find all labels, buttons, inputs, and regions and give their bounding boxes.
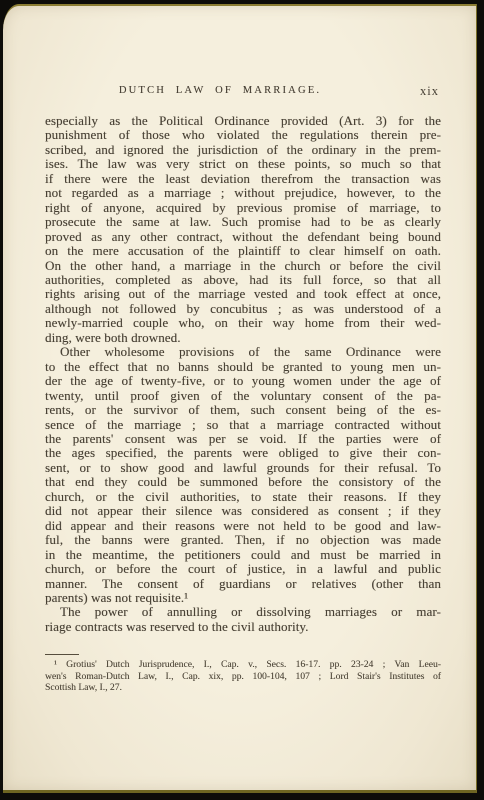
text-line: punishment of those who violated the reg… [45,128,441,142]
text-line: although not followed by concubitus ; as… [45,302,441,316]
text-line: rents, or the survivor of them, such con… [45,403,441,417]
text-line: church, or the civil authorities, to sta… [45,490,441,504]
text-line: Other wholesome provisions of the same O… [45,345,441,359]
text-line: did not appear their silence was conside… [45,504,441,518]
scan-frame: DUTCH LAW OF MARRIAGE. xix especially as… [0,0,484,800]
text-line: sent, or to show good and lawful grounds… [45,461,441,475]
text-line: church, or before the court of justice, … [45,562,441,576]
text-line: manner. The consent of guardians or rela… [45,577,441,591]
text-line: sence of the marriage ; so that a marria… [45,418,441,432]
book-page: DUTCH LAW OF MARRIAGE. xix especially as… [3,4,477,793]
text-line: newly-married couple who, on their way h… [45,316,441,330]
text-line: not regarded as a marriage ; without pre… [45,186,441,200]
footnote-separator [45,654,79,655]
text-line: ¹ Grotius' Dutch Jurisprudence, I., Cap.… [45,659,441,671]
text-line: Scottish Law, I., 27. [45,682,441,694]
text-line: twenty, until proof given of the volunta… [45,389,441,403]
text-line: right of anyone, acquired by previous pr… [45,201,441,215]
running-header-title: DUTCH LAW OF MARRIAGE. [45,85,395,96]
paragraph: especially as the Political Ordinance pr… [45,114,441,345]
footnote: ¹ Grotius' Dutch Jurisprudence, I., Cap.… [45,659,441,694]
text-line: wen's Roman-Dutch Law, I., Cap. xix, pp.… [45,671,441,683]
text-line: the ages specified, the parents were obl… [45,446,441,460]
text-line: ises. The law was very strict on these p… [45,157,441,171]
text-line: rights arising out of the marriage veste… [45,287,441,301]
text-line: prosecute the same at law. Such promise … [45,215,441,229]
text-line: to the effect that no banns should be gr… [45,360,441,374]
text-line: ding, were both drowned. [45,331,441,345]
text-line: ful, the banns were granted. Then, if no… [45,533,441,547]
text-line: scribed, and ignored the jurisdiction of… [45,143,441,157]
body-text: especially as the Political Ordinance pr… [45,114,441,634]
text-line: riage contracts was reserved to the civi… [45,620,441,634]
text-line: proved as any other contract, without th… [45,230,441,244]
text-line: on the mere accusation of the plaintiff … [45,244,441,258]
text-line: der the age of twenty-five, or to young … [45,374,441,388]
text-line: authorities, completed as above, had its… [45,273,441,287]
text-line: parents) was not requisite.¹ [45,591,441,605]
text-line: especially as the Political Ordinance pr… [45,114,441,128]
text-line: if there were the least deviation theref… [45,172,441,186]
text-line: the parents' consent was per se void. If… [45,432,441,446]
running-header: DUTCH LAW OF MARRIAGE. xix [45,85,441,101]
text-line: in the meantime, the petitioners could a… [45,548,441,562]
text-line: did appear and their reasons were not he… [45,519,441,533]
text-line: The power of annulling or dissolving mar… [45,605,441,619]
page-number: xix [420,84,439,99]
paragraph: The power of annulling or dissolving mar… [45,605,441,634]
paragraph: Other wholesome provisions of the same O… [45,345,441,605]
text-line: that end they could be summoned before t… [45,475,441,489]
text-line: On the other hand, a marriage in the chu… [45,259,441,273]
